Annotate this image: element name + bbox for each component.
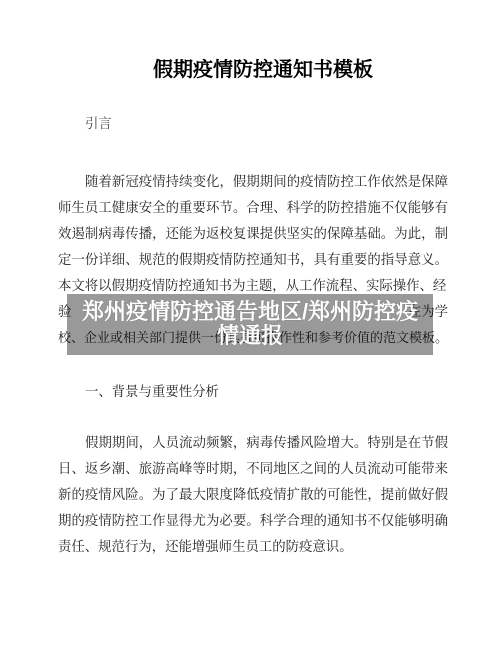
- watermark-banner: 郑州疫情防控通告地区/郑州防控疫 情通报: [67, 294, 433, 355]
- paragraph-background-analysis: 假期期间，人员流动频繁，病毒传播风险增大。特别是在节假日、返乡潮、旅游高峰等时期…: [58, 430, 448, 560]
- document-title: 假期疫情防控通知书模板: [58, 57, 448, 83]
- document-page: 假期疫情防控通知书模板 引言 随着新冠疫情持续变化，假期期间的疫情防控工作依然是…: [0, 0, 500, 647]
- intro-heading: 引言: [85, 114, 112, 134]
- watermark-text-line2: 情通报: [67, 324, 433, 348]
- section-heading-background-analysis: 一、背景与重要性分析: [58, 379, 448, 405]
- paragraph-introduction: 随着新冠疫情持续变化，假期期间的疫情防控工作依然是保障师生员工健康安全的重要环节…: [58, 169, 448, 299]
- watermark-text-line1: 郑州疫情防控通告地区/郑州防控疫: [67, 300, 433, 324]
